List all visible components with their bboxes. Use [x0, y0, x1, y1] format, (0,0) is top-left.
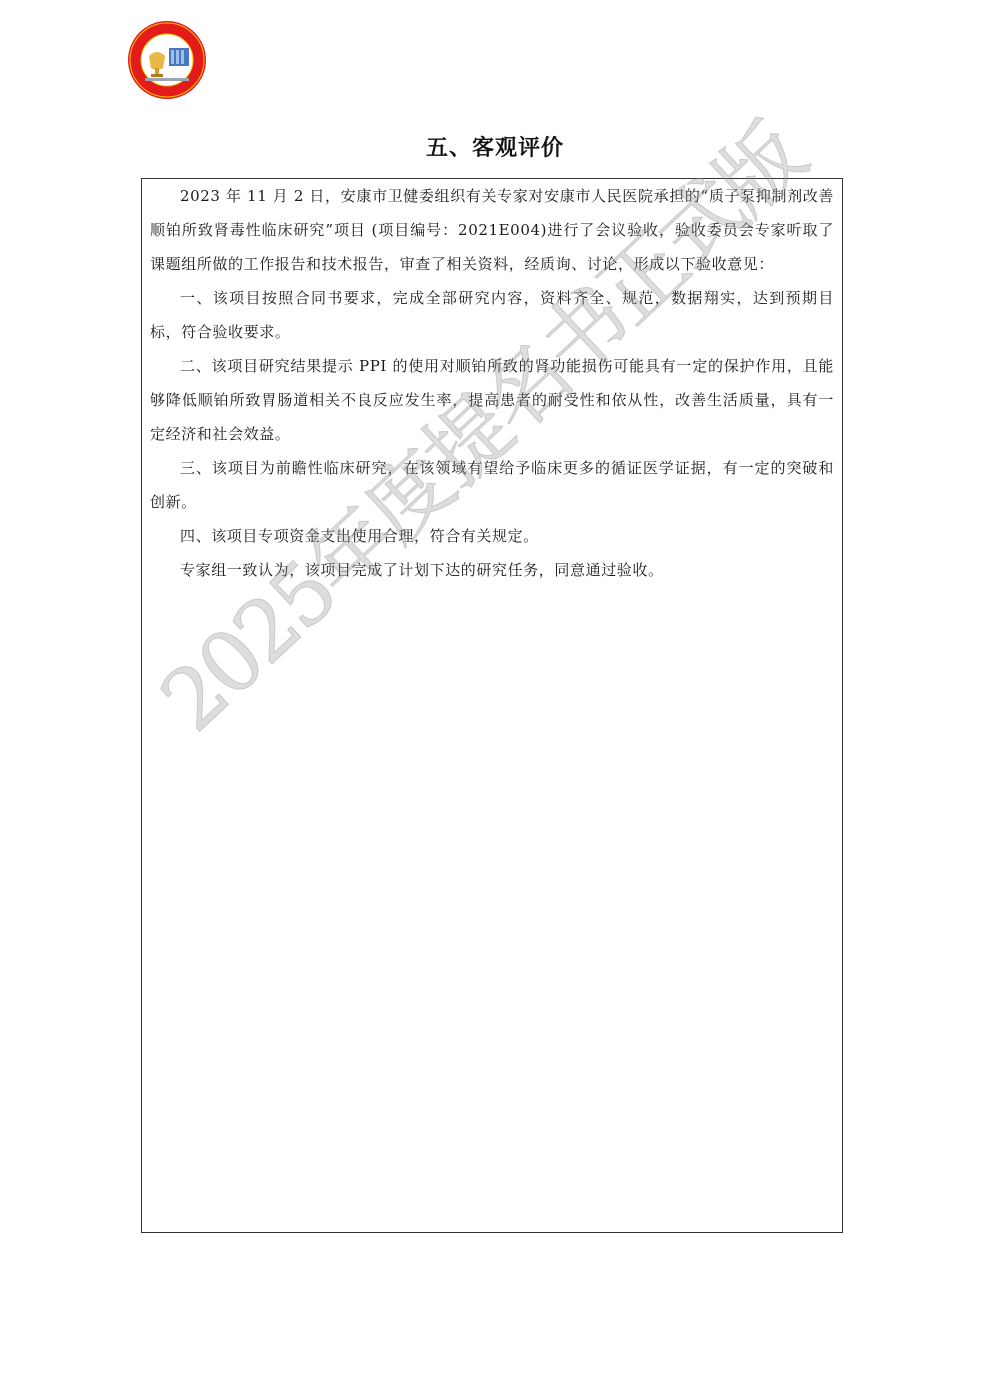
paragraph-opinion-3: 三、该项目为前瞻性临床研究，在该领域有望给予临床更多的循证医学证据，有一定的突破…	[150, 451, 834, 519]
paragraph-intro: 2023 年 11 月 2 日，安康市卫健委组织有关专家对安康市人民医院承担的“…	[150, 179, 834, 281]
seal-logo	[127, 20, 207, 100]
evaluation-content: 2023 年 11 月 2 日，安康市卫健委组织有关专家对安康市人民医院承担的“…	[150, 179, 834, 587]
seal-icon	[127, 20, 207, 100]
section-title: 五、客观评价	[0, 131, 990, 162]
evaluation-box: 2023 年 11 月 2 日，安康市卫健委组织有关专家对安康市人民医院承担的“…	[141, 178, 843, 1233]
paragraph-opinion-1: 一、该项目按照合同书要求，完成全部研究内容，资料齐全、规范，数据翔实，达到预期目…	[150, 281, 834, 349]
paragraph-conclusion: 专家组一致认为，该项目完成了计划下达的研究任务，同意通过验收。	[150, 553, 834, 587]
paragraph-opinion-4: 四、该项目专项资金支出使用合理，符合有关规定。	[150, 519, 834, 553]
paragraph-opinion-2: 二、该项目研究结果提示 PPI 的使用对顺铂所致的肾功能损伤可能具有一定的保护作…	[150, 349, 834, 451]
